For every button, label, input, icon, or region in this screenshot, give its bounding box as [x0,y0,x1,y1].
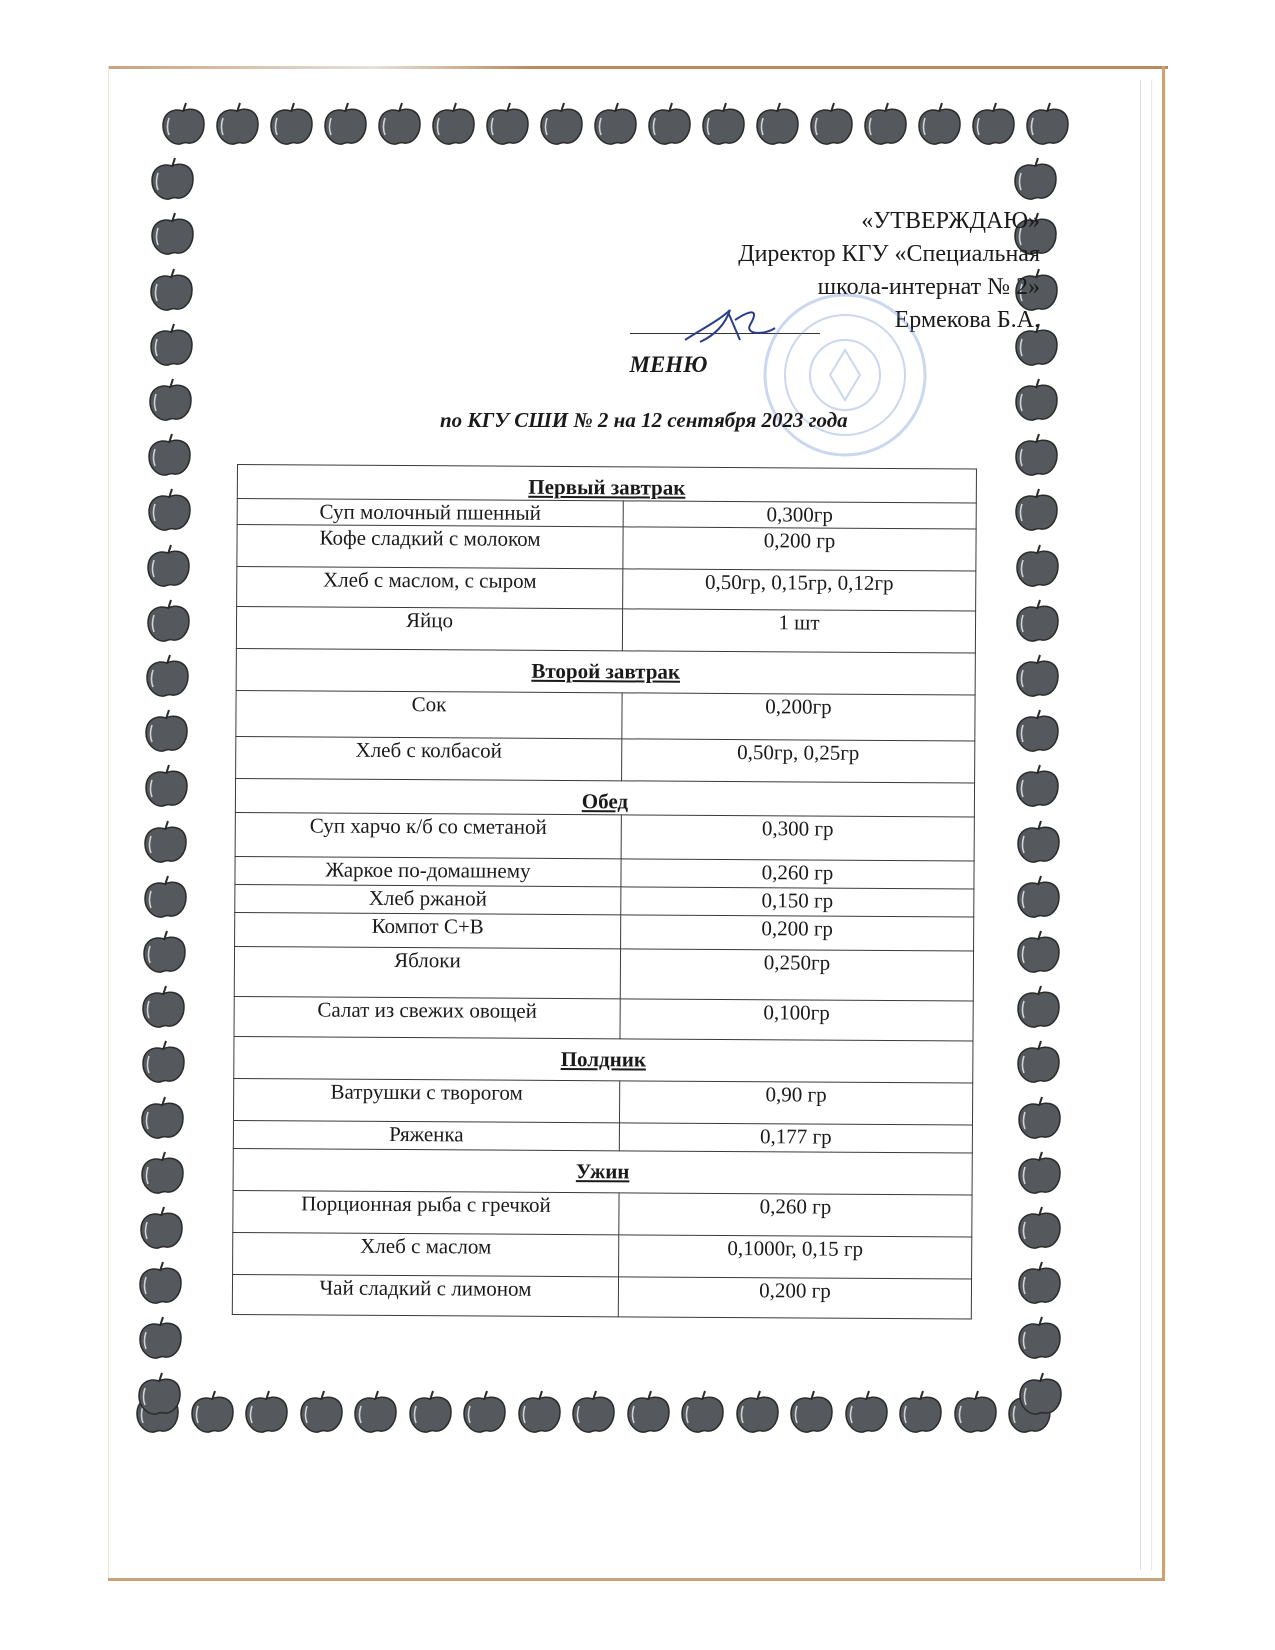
dish-name: Ватрушки с творогом [233,1078,619,1122]
paper-shadow [1140,80,1152,1570]
dish-amount: 0,200гр [622,693,975,741]
apple-icon [376,102,422,146]
table-row: Салат из свежих овощей0,100гр [234,996,973,1041]
document-subtitle: по КГУ СШИ № 2 на 12 сентября 2023 года [440,408,848,433]
dish-amount: 0,200 гр [618,1277,971,1319]
dish-amount: 1 шт [622,609,975,653]
menu-table: Первый завтракСуп молочный пшенный0,300г… [232,464,977,1320]
apple-icon [734,1390,780,1434]
table-row: Кофе сладкий с молоком0,200 гр [237,525,976,572]
apple-icon [1015,985,1061,1029]
section-header-cell: Полдник [234,1036,973,1083]
apple-icon [461,1390,507,1434]
apple-icon [407,1390,453,1434]
section-header-row: Первый завтрак [237,465,976,504]
apple-icon [143,709,189,753]
apple-icon [1014,544,1060,588]
table-row: Яйцо1 шт [236,607,975,654]
apple-icon [148,268,194,312]
apple-icon [298,1390,344,1434]
section-header-row: Второй завтрак [236,648,975,695]
dish-name: Хлеб с маслом, с сыром [237,567,623,609]
table-row: Компот С+В0,200 гр [235,912,974,951]
apple-icon [970,102,1016,146]
dish-amount: 0,150 гр [621,887,974,917]
apple-icon [625,1390,671,1434]
dish-amount: 0,260 гр [621,859,974,889]
table-row: Сок0,200гр [236,690,975,741]
apple-icon [137,1316,183,1360]
apple-icon [1012,157,1058,201]
apple-icon [139,1096,185,1140]
section-title: Первый завтрак [528,467,685,501]
apple-icon [147,378,193,422]
dish-amount: 0,300 гр [621,815,974,861]
dish-name: Салат из свежих овощей [234,996,620,1038]
dish-amount: 0,300гр [623,501,976,529]
apple-icon [1016,1316,1062,1360]
apple-icon [862,102,908,146]
apple-icon [1015,820,1061,864]
apple-icon [138,1206,184,1250]
apple-icon [1016,1206,1062,1250]
table-row: Суп молочный пшенный0,300гр [237,499,976,530]
apple-icon [214,102,260,146]
table-row: Чай сладкий с лимоном0,200 гр [232,1274,971,1319]
dish-name: Яблоки [234,946,620,998]
dish-amount: 0,200 гр [621,915,974,951]
apple-icon [679,1390,725,1434]
section-header-cell: Первый завтрак [237,465,976,504]
dish-name: Суп харчо к/б со сметаной [235,812,621,858]
section-header-row: Полдник [234,1036,973,1083]
dish-name: Ряженка [233,1120,619,1150]
dish-amount: 0,250гр [620,949,973,1001]
apple-icon [952,1390,998,1434]
apple-icon [140,1040,186,1084]
apple-icon [1016,1151,1062,1195]
apple-icon [430,102,476,146]
dish-name: Компот С+В [235,912,621,948]
apple-icon [538,102,584,146]
dish-amount: 0,50гр, 0,25гр [622,739,975,783]
dish-name: Хлеб ржаной [235,884,621,914]
approval-heading: «УТВЕРЖДАЮ» [738,205,1040,238]
paper-edge [108,66,109,1581]
apple-icon [897,1390,943,1434]
apple-icon [843,1390,889,1434]
table-row: Порционная рыба с гречкой0,260 гр [233,1190,972,1237]
table-row: Хлеб ржаной0,150 гр [235,884,974,917]
apple-icon [322,102,368,146]
dish-amount: 0,260 гр [619,1193,972,1237]
section-header-row: Ужин [233,1148,972,1195]
section-title: Полдник [561,1039,646,1073]
section-header-row: Обед [235,778,974,817]
apple-icon [142,875,188,919]
dish-name: Чай сладкий с лимоном [232,1274,618,1316]
apple-icon [145,599,191,643]
apple-icon [754,102,800,146]
table-row: Хлеб с колбасой0,50гр, 0,25гр [236,736,975,783]
approval-position: Директор КГУ «Специальная [738,238,1040,271]
dish-name: Суп молочный пшенный [237,499,623,527]
apple-icon [516,1390,562,1434]
paper-edge [108,1578,1165,1581]
dish-name: Жаркое по-домашнему [235,856,621,886]
dish-amount: 0,50гр, 0,15гр, 0,12гр [623,569,976,611]
apple-icon [146,433,192,477]
apple-icon [700,102,746,146]
apple-icon [484,102,530,146]
apple-icon [1014,764,1060,808]
apple-icon [268,102,314,146]
apple-icon [145,544,191,588]
dish-amount: 0,90 гр [619,1081,972,1125]
apple-icon [136,1372,182,1416]
table-row: Ватрушки с творогом0,90 гр [233,1078,972,1125]
apple-icon [1014,709,1060,753]
dish-name: Сок [236,690,622,738]
apple-icon [142,820,188,864]
apple-icon [1024,102,1070,146]
paper-edge [1162,66,1165,1581]
apple-icon [570,1390,616,1434]
apple-icon [352,1390,398,1434]
apple-icon [160,102,206,146]
apple-icon [144,654,190,698]
apple-icon [808,102,854,146]
table-row: Суп харчо к/б со сметаной0,300 гр [235,812,974,861]
apple-icon [149,157,195,201]
section-title: Второй завтрак [531,651,680,685]
apple-icon [1013,378,1059,422]
dish-name: Хлеб с колбасой [236,736,622,780]
section-title: Ужин [576,1151,630,1184]
dish-name: Яйцо [236,607,622,651]
apple-icon [788,1390,834,1434]
dish-amount: 0,100гр [620,999,973,1041]
apple-icon [137,1261,183,1305]
dish-name: Хлеб с маслом [233,1232,619,1276]
apple-icon [141,930,187,974]
dish-name: Кофе сладкий с молоком [237,525,623,569]
apple-icon [146,488,192,532]
apple-icon [1014,599,1060,643]
dish-name: Порционная рыба с гречкой [233,1190,619,1234]
document-title: МЕНЮ [0,352,1275,378]
apple-icon [1015,1040,1061,1084]
apple-icon [916,102,962,146]
apple-icon [592,102,638,146]
apple-icon [149,212,195,256]
apple-icon [646,102,692,146]
section-header-cell: Ужин [233,1148,972,1195]
section-header-cell: Второй завтрак [236,648,975,695]
apple-icon [243,1390,289,1434]
apple-icon [189,1390,235,1434]
dish-amount: 0,1000г, 0,15 гр [619,1235,972,1279]
table-row: Яблоки0,250гр [234,946,973,1001]
dish-amount: 0,177 гр [619,1123,972,1153]
apple-icon [1016,1261,1062,1305]
table-row: Хлеб с маслом0,1000г, 0,15 гр [233,1232,972,1279]
apple-icon [1013,488,1059,532]
paper-edge [108,66,1168,69]
section-header-cell: Обед [235,778,974,817]
apple-icon [139,1151,185,1195]
apple-icon [143,764,189,808]
table-row: Жаркое по-домашнему0,260 гр [235,856,974,889]
apple-icon [1015,930,1061,974]
apple-icon [1017,1372,1063,1416]
apple-icon [1015,875,1061,919]
apple-icon [1013,433,1059,477]
table-row: Ряженка0,177 гр [233,1120,972,1153]
table-row: Хлеб с маслом, с сыром0,50гр, 0,15гр, 0,… [237,567,976,612]
apple-icon [140,985,186,1029]
apple-icon [1016,1096,1062,1140]
apple-icon [1014,654,1060,698]
dish-amount: 0,200 гр [623,527,976,571]
section-title: Обед [582,781,628,814]
